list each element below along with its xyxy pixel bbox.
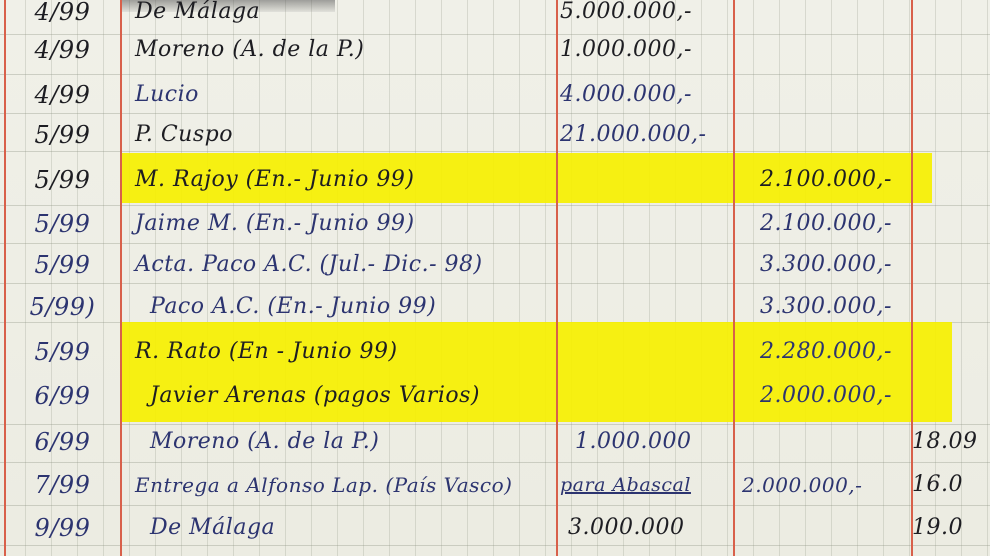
row-balance: 16.0 [912,465,963,505]
ledger-row: 9/99 De Málaga 3.000.000 19.0 [0,508,990,548]
row-description: M. Rajoy (En.- Junio 99) [135,160,414,200]
ledger-row: 5/99 Acta. Paco A.C. (Jul.- Dic.- 98) 3.… [0,245,990,285]
row-date: 6/99 [10,376,115,416]
row-debit: 4.000.000,- [560,75,730,115]
row-credit: 2.280.000,- [760,332,935,372]
ruling-line [0,505,990,506]
row-debit: 5.000.000,- [560,0,730,32]
row-credit: 2.000.000,- [760,376,935,416]
ledger-row: 6/99 Moreno (A. de la P.) 1.000.000 18.0… [0,422,990,462]
row-debit: 3.000.000 [568,508,738,548]
row-description: Javier Arenas (pagos Varios) [150,376,480,416]
row-credit: 2.100.000,- [760,204,935,244]
row-credit: 3.300.000,- [760,245,935,285]
row-date: 6/99 [10,422,115,462]
ledger-row: 5/99) Paco A.C. (En.- Junio 99) 3.300.00… [0,287,990,327]
ledger-row: 4/99 De Málaga 5.000.000,- [0,0,990,32]
ledger-row-highlighted: 6/99 Javier Arenas (pagos Varios) 2.000.… [0,376,990,416]
row-credit: 2.000.000,- [742,465,917,505]
row-date: 4/99 [10,30,115,70]
row-description: R. Rato (En - Junio 99) [135,332,398,372]
row-description: Acta. Paco A.C. (Jul.- Dic.- 98) [135,245,483,285]
ledger-row-highlighted: 5/99 R. Rato (En - Junio 99) 2.280.000,- [0,332,990,372]
row-date: 9/99 [10,508,115,548]
row-date: 7/99 [10,465,115,505]
row-description: Moreno (A. de la P.) [135,30,364,70]
row-description: Jaime M. (En.- Junio 99) [135,204,415,244]
row-date: 5/99 [10,245,115,285]
row-description: De Málaga [150,508,275,548]
ledger-row: 4/99 Moreno (A. de la P.) 1.000.000,- [0,30,990,70]
ledger-row: 5/99 P. Cuspo 21.000.000,- [0,115,990,155]
row-description: P. Cuspo [135,115,233,155]
row-description: De Málaga [135,0,260,32]
row-date: 4/99 [10,0,115,32]
ledger-row: 7/99 Entrega a Alfonso Lap. (País Vasco)… [0,465,990,505]
row-debit: 1.000.000,- [560,30,730,70]
row-credit: 3.300.000,- [760,287,935,327]
row-date: 5/99 [10,332,115,372]
row-description: Paco A.C. (En.- Junio 99) [150,287,436,327]
row-description: Entrega a Alfonso Lap. (País Vasco) [135,465,512,505]
row-balance: 18.09 [912,422,977,462]
ledger-row: 4/99 Lucio 4.000.000,- [0,75,990,115]
row-debit: 21.000.000,- [560,115,730,155]
row-debit: 1.000.000 [575,422,745,462]
row-date: 4/99 [10,75,115,115]
row-date: 5/99 [10,160,115,200]
ledger-page: 4/99 De Málaga 5.000.000,- 4/99 Moreno (… [0,0,990,556]
row-credit: 2.100.000,- [760,160,935,200]
row-description: Lucio [135,75,199,115]
ruling-line [0,462,990,463]
row-date: 5/99 [10,115,115,155]
row-debit-note: para Abascal [560,465,730,505]
row-description: Moreno (A. de la P.) [150,422,379,462]
ledger-row: 5/99 Jaime M. (En.- Junio 99) 2.100.000,… [0,204,990,244]
ledger-row-highlighted: 5/99 M. Rajoy (En.- Junio 99) 2.100.000,… [0,160,990,200]
row-date: 5/99) [10,287,115,327]
row-date: 5/99 [10,204,115,244]
row-balance: 19.0 [912,508,963,548]
